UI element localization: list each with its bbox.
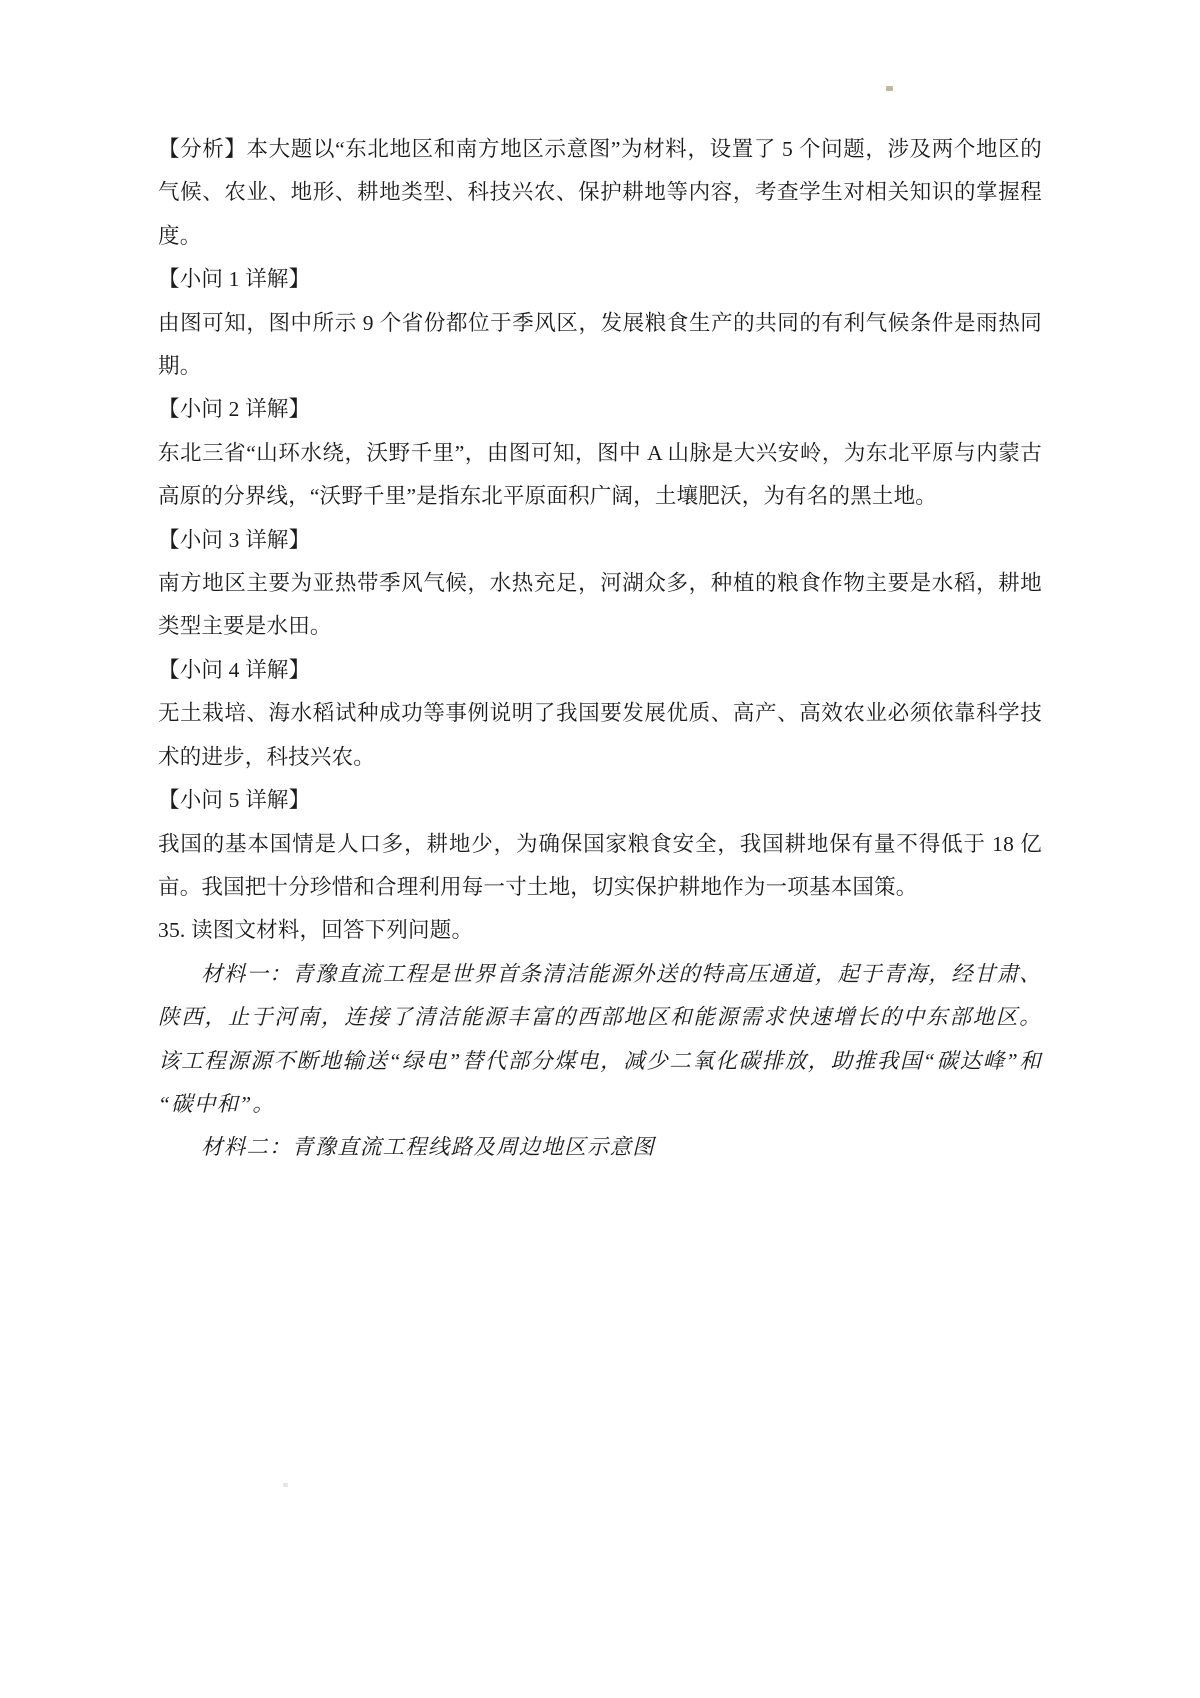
subquestion-3-answer: 南方地区主要为亚热带季风气候，水热充足，河湖众多，种植的粮食作物主要是水稻，耕地…: [158, 562, 1042, 649]
question-35-stem: 35. 读图文材料，回答下列问题。: [158, 909, 1042, 952]
document-page: 【分析】本大题以“东北地区和南方地区示意图”为材料，设置了 5 个问题，涉及两个…: [0, 0, 1200, 1698]
subquestion-2-answer: 东北三省“山环水绕，沃野千里”，由图可知，图中 A 山脉是大兴安岭，为东北平原与…: [158, 432, 1042, 519]
subquestion-5-answer: 我国的基本国情是人口多，耕地少，为确保国家粮食安全，我国耕地保有量不得低于 18…: [158, 823, 1042, 910]
material-2-caption: 材料二：青豫直流工程线路及周边地区示意图: [158, 1126, 1042, 1169]
subquestion-5-heading: 【小问 5 详解】: [158, 779, 1042, 822]
analysis-paragraph: 【分析】本大题以“东北地区和南方地区示意图”为材料，设置了 5 个问题，涉及两个…: [158, 128, 1042, 258]
subquestion-1-answer: 由图可知，图中所示 9 个省份都位于季风区，发展粮食生产的共同的有利气候条件是雨…: [158, 302, 1042, 389]
scan-artifact-dot-top: [886, 86, 893, 91]
scan-artifact-dot-bottom: [283, 1483, 288, 1487]
subquestion-4-heading: 【小问 4 详解】: [158, 649, 1042, 692]
document-text-block: 【分析】本大题以“东北地区和南方地区示意图”为材料，设置了 5 个问题，涉及两个…: [158, 128, 1042, 1170]
subquestion-1-heading: 【小问 1 详解】: [158, 258, 1042, 301]
subquestion-3-heading: 【小问 3 详解】: [158, 519, 1042, 562]
subquestion-2-heading: 【小问 2 详解】: [158, 388, 1042, 431]
subquestion-4-answer: 无土栽培、海水稻试种成功等事例说明了我国要发展优质、高产、高效农业必须依靠科学技…: [158, 692, 1042, 779]
material-1-paragraph: 材料一：青豫直流工程是世界首条清洁能源外送的特高压通道，起于青海，经甘肃、陕西，…: [158, 953, 1042, 1127]
